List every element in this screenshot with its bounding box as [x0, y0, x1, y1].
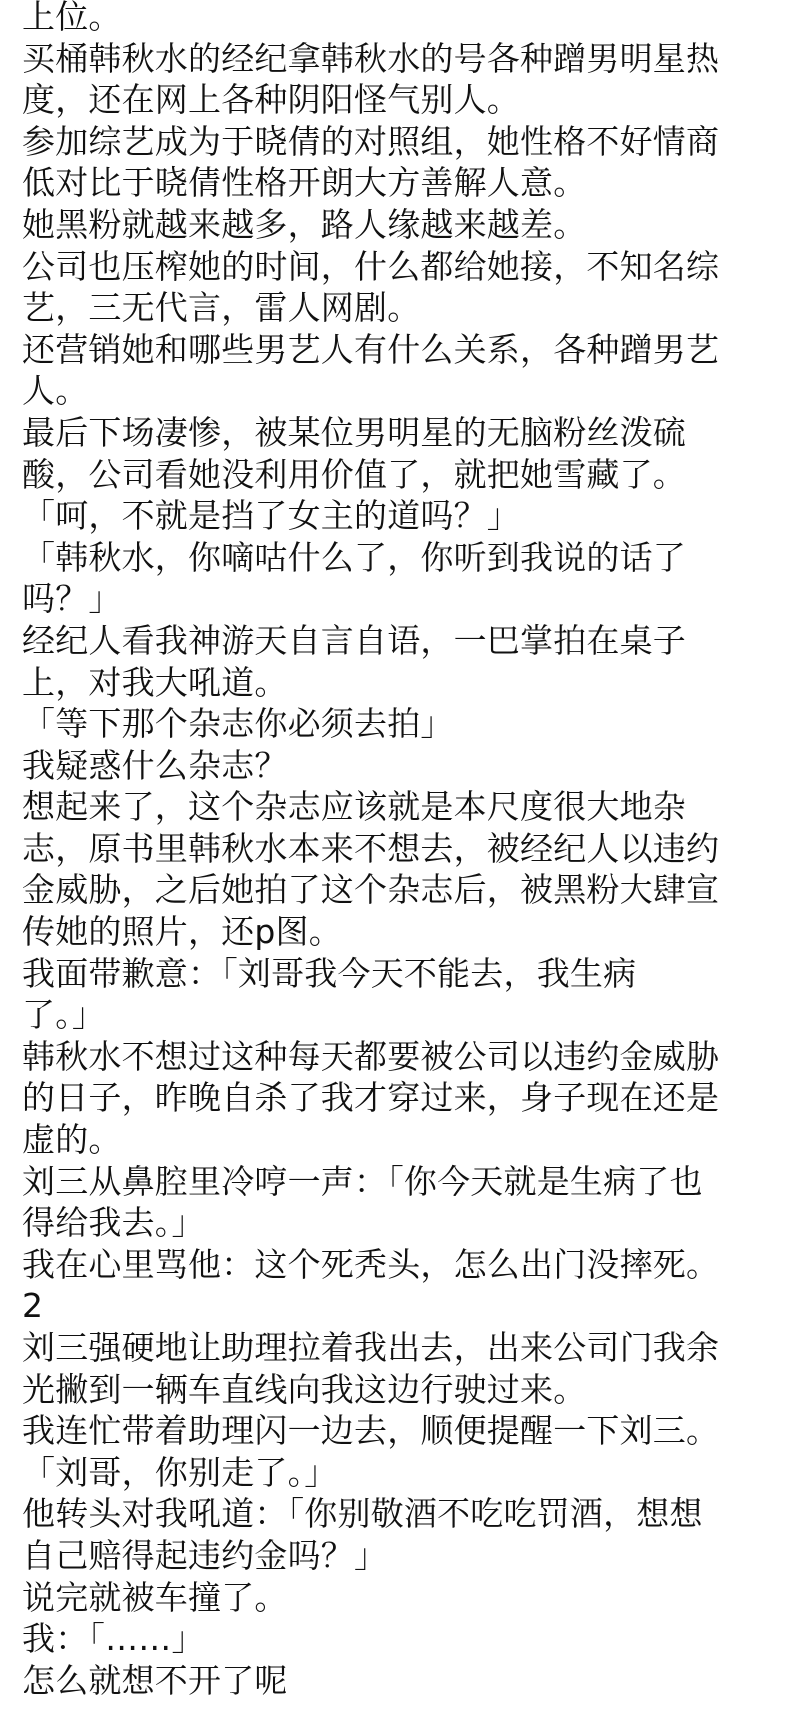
text-line: 经纪人看我神游天自言自语，一巴掌拍在桌子 — [22, 620, 792, 662]
section-number: 2 — [22, 1285, 792, 1327]
dialogue-line: 「等下那个杂志你必须去拍」 — [22, 703, 792, 745]
dialogue-line: 吗？」 — [22, 578, 792, 620]
text-line: 志，原书里韩秋水本来不想去，被经纪人以违约 — [22, 828, 792, 870]
text-line: 了。」 — [22, 994, 792, 1036]
text-line: 我在心里骂他：这个死秃头，怎么出门没摔死。 — [22, 1244, 792, 1286]
document-body: 上位。 买桶韩秋水的经纪拿韩秋水的号各种蹭男明星热 度，还在网上各种阴阳怪气别人… — [22, 0, 792, 1701]
text-line: 我面带歉意：「刘哥我今天不能去，我生病 — [22, 953, 792, 995]
text-line: 的日子，昨晚自杀了我才穿过来，身子现在还是 — [22, 1077, 792, 1119]
text-line: 我疑惑什么杂志？ — [22, 745, 792, 787]
text-line: 虚的。 — [22, 1119, 792, 1161]
text-line: 他转头对我吼道：「你别敬酒不吃吃罚酒，想想 — [22, 1493, 792, 1535]
text-line: 刘三强硬地让助理拉着我出去，出来公司门我余 — [22, 1327, 792, 1369]
dialogue-line: 「呵，不就是挡了女主的道吗？」 — [22, 495, 792, 537]
text-line: 上，对我大吼道。 — [22, 662, 792, 704]
text-line: 怎么就想不开了呢 — [22, 1660, 792, 1702]
text-line: 想起来了，这个杂志应该就是本尺度很大地杂 — [22, 786, 792, 828]
text-line: 自己赔得起违约金吗？」 — [22, 1535, 792, 1577]
text-line: 度，还在网上各种阴阳怪气别人。 — [22, 79, 792, 121]
dialogue-line: 「韩秋水，你嘀咕什么了，你听到我说的话了 — [22, 537, 792, 579]
text-line: 买桶韩秋水的经纪拿韩秋水的号各种蹭男明星热 — [22, 38, 792, 80]
text-line: 传她的照片，还p图。 — [22, 911, 792, 953]
text-line: 得给我去。」 — [22, 1202, 792, 1244]
text-line: 她黑粉就越来越多，路人缘越来越差。 — [22, 204, 792, 246]
text-line: 我：「……」 — [22, 1618, 792, 1660]
text-line: 最后下场凄惨，被某位男明星的无脑粉丝泼硫 — [22, 412, 792, 454]
text-line: 低对比于晓倩性格开朗大方善解人意。 — [22, 162, 792, 204]
text-line: 艺，三无代言，雷人网剧。 — [22, 287, 792, 329]
text-line: 上位。 — [22, 0, 792, 38]
text-line: 说完就被车撞了。 — [22, 1577, 792, 1619]
text-line: 公司也压榨她的时间，什么都给她接，不知名综 — [22, 246, 792, 288]
text-line: 我连忙带着助理闪一边去，顺便提醒一下刘三。 — [22, 1410, 792, 1452]
text-line: 人。 — [22, 370, 792, 412]
text-line: 韩秋水不想过这种每天都要被公司以违约金威胁 — [22, 1036, 792, 1078]
text-line: 参加综艺成为于晓倩的对照组，她性格不好情商 — [22, 121, 792, 163]
text-line: 光撇到一辆车直线向我这边行驶过来。 — [22, 1369, 792, 1411]
dialogue-line: 「刘哥，你别走了。」 — [22, 1452, 792, 1494]
text-line: 刘三从鼻腔里冷哼一声：「你今天就是生病了也 — [22, 1161, 792, 1203]
text-line: 酸，公司看她没利用价值了，就把她雪藏了。 — [22, 454, 792, 496]
text-line: 金威胁，之后她拍了这个杂志后，被黑粉大肆宣 — [22, 869, 792, 911]
text-line: 还营销她和哪些男艺人有什么关系，各种蹭男艺 — [22, 329, 792, 371]
